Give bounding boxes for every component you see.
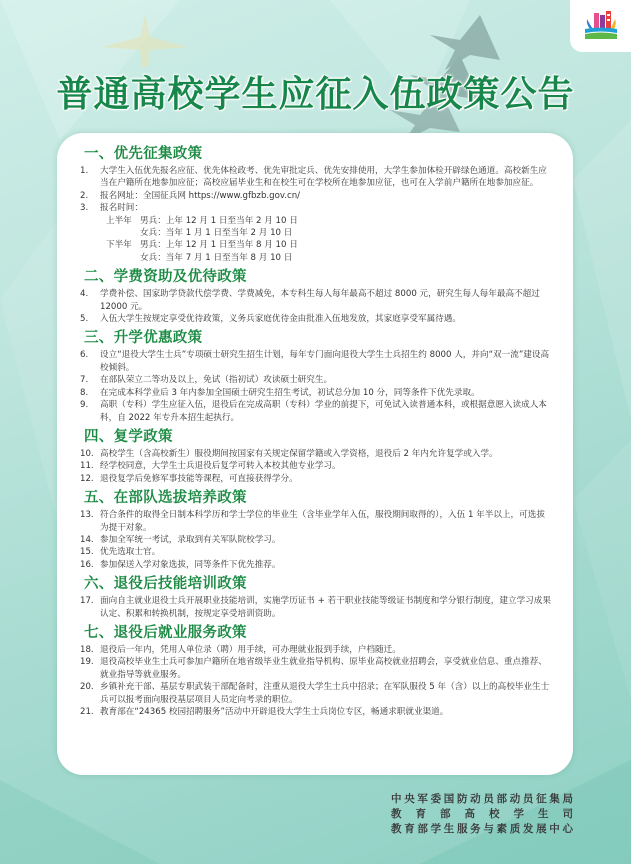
section-priority-conscription: 一、优先征集政策 1.大学生入伍优先报名应征、优先体检政考、优先审批定兵、优先安… bbox=[84, 145, 551, 264]
schedule-row: 女兵：当年 1 月 1 日至当年 2 月 10 日 bbox=[106, 227, 551, 239]
policy-item: 16.参加保送入学对象选拔，同等条件下优先推荐。 bbox=[84, 559, 551, 571]
section-resume-study: 四、复学政策 10.高校学生（含高校新生）服役期间按国家有关规定保留学籍或入学资… bbox=[84, 428, 551, 485]
policy-item: 3.报名时间： bbox=[84, 202, 551, 214]
logo-tab bbox=[570, 0, 631, 52]
section-title: 一、优先征集政策 bbox=[84, 145, 551, 163]
issuer-name: 教育部学生服务与素质发展中心 bbox=[391, 822, 573, 837]
schedule-row: 女兵：当年 7 月 1 日至当年 8 月 10 日 bbox=[106, 252, 551, 264]
policy-item: 11.经学校同意，大学生士兵退役后复学可转入本校其他专业学习。 bbox=[84, 460, 551, 472]
campus-city-logo-icon bbox=[584, 11, 618, 41]
issuing-authorities: 中央军委国防动员部动员征集局 教育部高校学生司 教育部学生服务与素质发展中心 bbox=[391, 792, 573, 837]
policy-item-registration-url: 2.报名网址：全国征兵网 https://www.gfbzb.gov.cn/ bbox=[84, 190, 551, 202]
policy-item: 6.设立“退役大学生士兵”专项硕士研究生招生计划，每年专门面向退役大学生士兵招生… bbox=[84, 349, 551, 374]
policy-item: 10.高校学生（含高校新生）服役期间按国家有关规定保留学籍或入学资格，退役后 2… bbox=[84, 448, 551, 460]
policy-item: 20.乡镇补充干部、基层专职武装干部配备时，注重从退役大学生士兵中招录；在军队服… bbox=[84, 681, 551, 706]
section-military-selection: 五、在部队选拔培养政策 13.符合条件的取得全日制本科学历和学士学位的毕业生（含… bbox=[84, 489, 551, 571]
registration-schedule: 上半年男兵：上年 12 月 1 日至当年 2 月 10 日 女兵：当年 1 月 … bbox=[84, 215, 551, 265]
policy-item: 12.退役复学后免修军事技能等课程，可直接获得学分。 bbox=[84, 473, 551, 485]
policy-item: 18.退役后一年内，凭用人单位录（聘）用手续，可办理就业报到手续，户档随迁。 bbox=[84, 644, 551, 656]
section-tuition-aid: 二、学费资助及优待政策 4.学费补偿、国家助学贷款代偿学费、学费减免，本专科生每… bbox=[84, 268, 551, 325]
section-title: 二、学费资助及优待政策 bbox=[84, 268, 551, 286]
policy-item: 13.符合条件的取得全日制本科学历和学士学位的毕业生（含毕业学年入伍，服役期间取… bbox=[84, 509, 551, 534]
issuer-name: 教育部高校学生司 bbox=[391, 807, 573, 822]
policy-item: 4.学费补偿、国家助学贷款代偿学费、学费减免，本专科生每人每年最高不超过 800… bbox=[84, 288, 551, 313]
policy-item: 9.高职（专科）学生应征入伍，退役后在完成高职（专科）学业的前提下，可免试入读普… bbox=[84, 399, 551, 424]
policy-item: 21.教育部在“24365 校园招聘服务”活动中开辟退役大学生士兵岗位专区，畅通… bbox=[84, 706, 551, 718]
page-title: 普通高校学生应征入伍政策公告 bbox=[0, 66, 631, 117]
policy-item: 8.在完成本科学业后 3 年内参加全国硕士研究生招生考试，初试总分加 10 分，… bbox=[84, 387, 551, 399]
policy-item: 19.退役高校毕业生士兵可参加户籍所在地省级毕业生就业指导机构、原毕业高校就业招… bbox=[84, 656, 551, 681]
section-title: 七、退役后就业服务政策 bbox=[84, 624, 551, 642]
fighter-jet-image bbox=[100, 12, 190, 72]
section-title: 五、在部队选拔培养政策 bbox=[84, 489, 551, 507]
section-skills-training: 六、退役后技能培训政策 17.面向自主就业退役士兵开展职业技能培训，实施学历证书… bbox=[84, 575, 551, 620]
policy-item: 1.大学生入伍优先报名应征、优先体检政考、优先审批定兵、优先安排使用，大学生参加… bbox=[84, 165, 551, 190]
policy-item: 15.优先选取士官。 bbox=[84, 546, 551, 558]
policy-item: 5.入伍大学生按规定享受优待政策，义务兵家庭优待金由批准入伍地发放，其家庭享受军… bbox=[84, 313, 551, 325]
section-employment-services: 七、退役后就业服务政策 18.退役后一年内，凭用人单位录（聘）用手续，可办理就业… bbox=[84, 624, 551, 718]
policy-item: 7.在部队荣立二等功及以上，免试（指初试）攻读硕士研究生。 bbox=[84, 374, 551, 386]
section-title: 六、退役后技能培训政策 bbox=[84, 575, 551, 593]
policy-item: 14.参加全军统一考试，录取到有关军队院校学习。 bbox=[84, 534, 551, 546]
issuer-name: 中央军委国防动员部动员征集局 bbox=[391, 792, 573, 807]
policy-item: 17.面向自主就业退役士兵开展职业技能培训，实施学历证书 + 若干职业技能等级证… bbox=[84, 595, 551, 620]
schedule-row: 上半年男兵：上年 12 月 1 日至当年 2 月 10 日 bbox=[106, 215, 551, 227]
section-title: 四、复学政策 bbox=[84, 428, 551, 446]
policy-card: 一、优先征集政策 1.大学生入伍优先报名应征、优先体检政考、优先审批定兵、优先安… bbox=[57, 133, 573, 775]
section-title: 三、升学优惠政策 bbox=[84, 329, 551, 347]
schedule-row: 下半年男兵：上年 12 月 1 日至当年 8 月 10 日 bbox=[106, 239, 551, 251]
section-further-study: 三、升学优惠政策 6.设立“退役大学生士兵”专项硕士研究生招生计划，每年专门面向… bbox=[84, 329, 551, 423]
